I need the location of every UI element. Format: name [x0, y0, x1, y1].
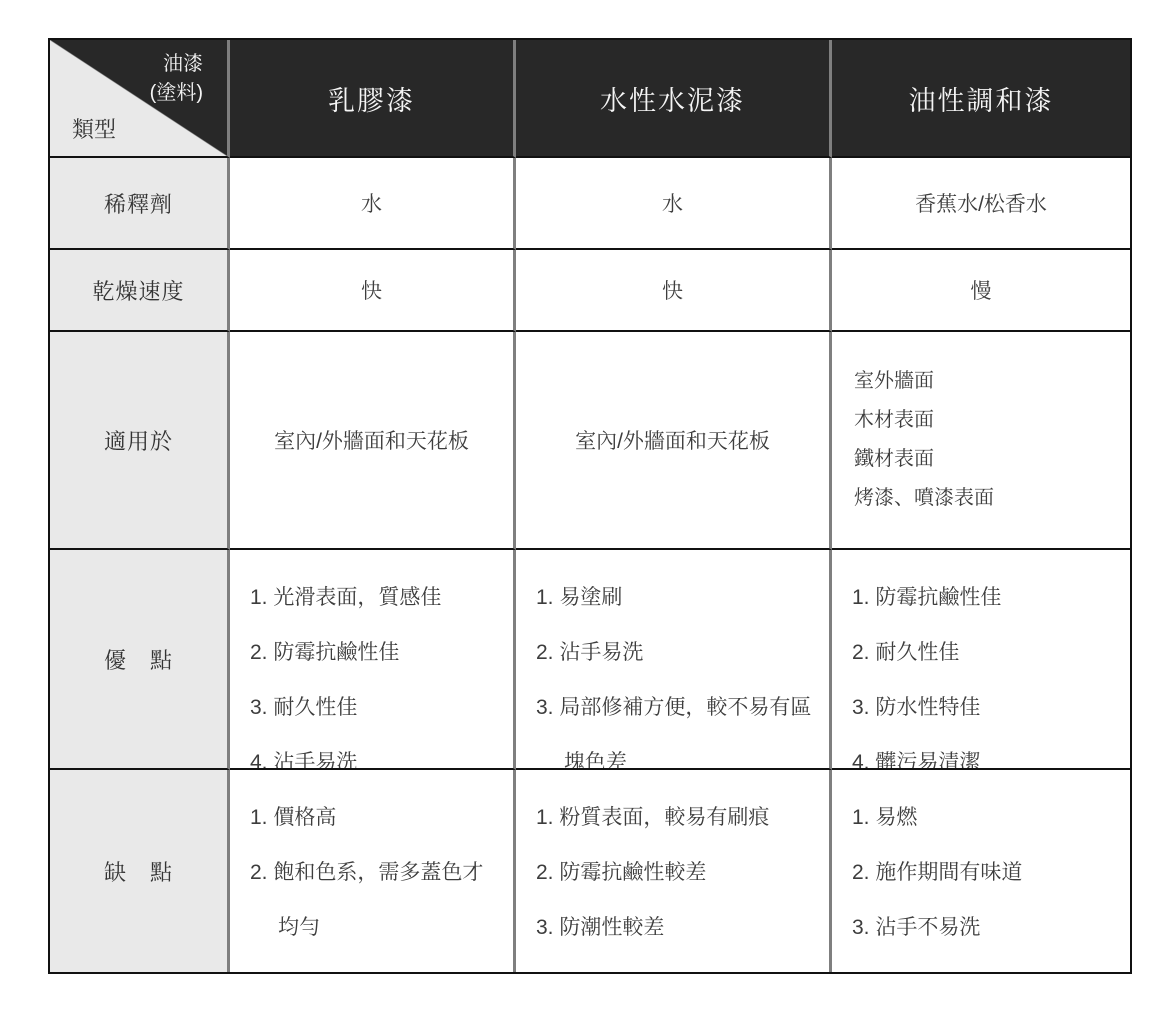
cell-drying-oil-based: 慢 [832, 250, 1130, 332]
cons-item: 1. 易燃 [852, 790, 1116, 845]
corner-diagonal-label-line1: 油漆 [150, 50, 203, 79]
pros-item: 3. 防水性特佳 [852, 680, 1116, 735]
cell-application-water-cement: 室內/外牆面和天花板 [516, 332, 832, 550]
cons-item: 3. 沾手不易洗 [852, 900, 1116, 955]
pros-item: 4. 髒污易清潔 [852, 735, 1116, 770]
column-header-oil-based: 油性調和漆 [832, 40, 1130, 158]
page: 油漆 (塗料) 類型 乳膠漆 水性水泥漆 油性調和漆 稀釋劑 水 水 香蕉水/松… [0, 0, 1175, 1016]
pros-list-emulsion: 1. 光滑表面，質感佳2. 防霉抗鹼性佳3. 耐久性佳4. 沾手易洗 [230, 550, 516, 770]
application-line: 木材表面 [854, 401, 934, 440]
cons-list-oil-based: 1. 易燃2. 施作期間有味道3. 沾手不易洗 [832, 770, 1130, 972]
cell-drying-emulsion: 快 [230, 250, 516, 332]
pros-item: 3. 耐久性佳 [250, 680, 499, 735]
pros-item: 1. 光滑表面，質感佳 [250, 570, 499, 625]
cell-drying-water-cement: 快 [516, 250, 832, 332]
pros-item: 1. 易塗刷 [536, 570, 815, 625]
pros-list-oil-based: 1. 防霉抗鹼性佳2. 耐久性佳3. 防水性特佳4. 髒污易清潔 [832, 550, 1130, 770]
pros-item: 4. 沾手易洗 [250, 735, 499, 770]
application-line: 鐵材表面 [854, 440, 934, 479]
cell-thinner-emulsion: 水 [230, 158, 516, 250]
application-line: 烤漆、噴漆表面 [854, 479, 994, 518]
column-header-water-cement: 水性水泥漆 [516, 40, 832, 158]
pros-item: 3. 局部修補方便，較不易有區塊色差 [536, 680, 815, 770]
cell-application-oil-based: 室外牆面木材表面鐵材表面烤漆、噴漆表面 [832, 332, 1130, 550]
cons-item: 1. 粉質表面，較易有刷痕 [536, 790, 815, 845]
row-label-application: 適用於 [50, 332, 230, 550]
row-label-drying-speed: 乾燥速度 [50, 250, 230, 332]
cons-item: 2. 施作期間有味道 [852, 845, 1116, 900]
cell-thinner-water-cement: 水 [516, 158, 832, 250]
column-header-emulsion: 乳膠漆 [230, 40, 516, 158]
corner-diagonal-label: 油漆 (塗料) [150, 50, 203, 108]
cons-item: 3. 防潮性較差 [536, 900, 815, 955]
cons-item: 2. 防霉抗鹼性較差 [536, 845, 815, 900]
row-label-thinner: 稀釋劑 [50, 158, 230, 250]
cell-thinner-oil-based: 香蕉水/松香水 [832, 158, 1130, 250]
pros-item: 2. 沾手易洗 [536, 625, 815, 680]
cons-item: 1. 價格高 [250, 790, 499, 845]
cons-list-emulsion: 1. 價格高2. 飽和色系，需多蓋色才均勻 [230, 770, 516, 972]
pros-list-water-cement: 1. 易塗刷2. 沾手易洗3. 局部修補方便，較不易有區塊色差 [516, 550, 832, 770]
application-line: 室外牆面 [854, 362, 934, 401]
cons-item: 2. 飽和色系，需多蓋色才均勻 [250, 845, 499, 955]
corner-cell: 油漆 (塗料) 類型 [50, 40, 230, 158]
pros-item: 1. 防霉抗鹼性佳 [852, 570, 1116, 625]
corner-axis-label: 類型 [72, 113, 116, 144]
row-label-pros: 優 點 [50, 550, 230, 770]
pros-item: 2. 耐久性佳 [852, 625, 1116, 680]
row-label-cons: 缺 點 [50, 770, 230, 972]
paint-comparison-table: 油漆 (塗料) 類型 乳膠漆 水性水泥漆 油性調和漆 稀釋劑 水 水 香蕉水/松… [48, 38, 1132, 974]
corner-diagonal-label-line2: (塗料) [150, 79, 203, 108]
cell-application-emulsion: 室內/外牆面和天花板 [230, 332, 516, 550]
cons-list-water-cement: 1. 粉質表面，較易有刷痕2. 防霉抗鹼性較差3. 防潮性較差 [516, 770, 832, 972]
pros-item: 2. 防霉抗鹼性佳 [250, 625, 499, 680]
